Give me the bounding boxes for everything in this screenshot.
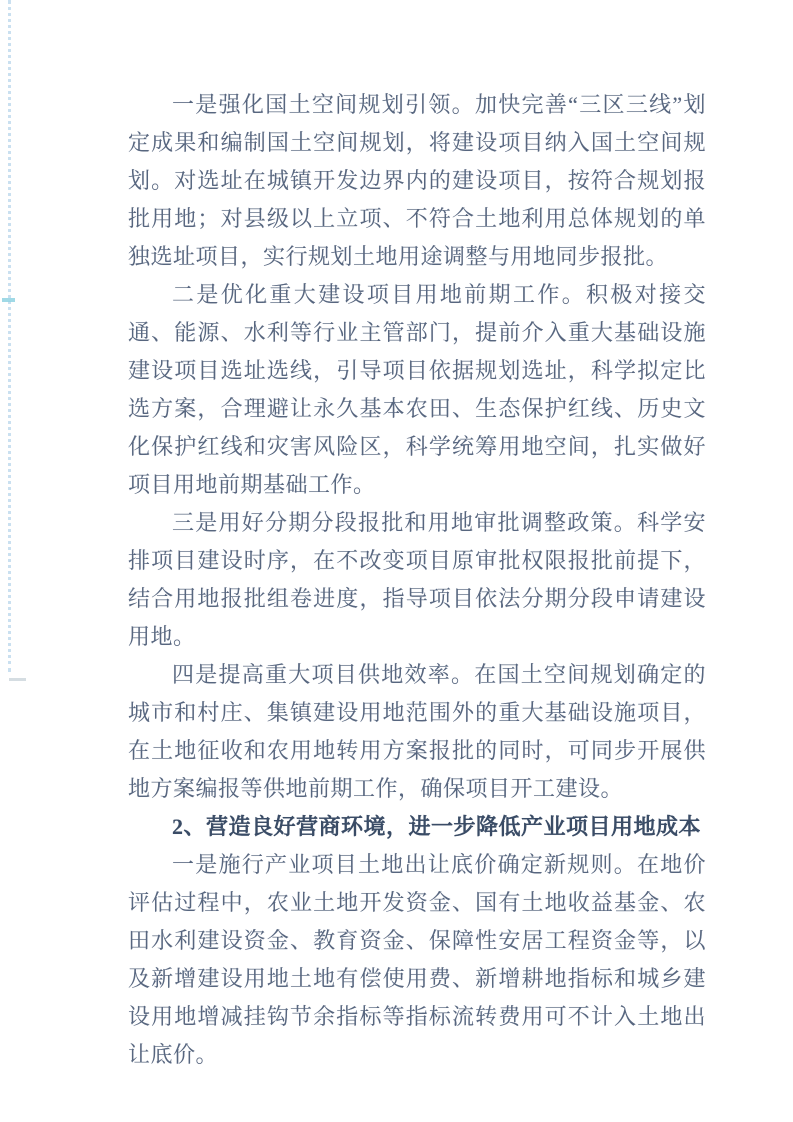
scan-edge-artifact-line bbox=[8, 0, 11, 672]
paragraph: 四是提高重大项目供地效率。在国土空间规划确定的城市和村庄、集镇建设用地范围外的重… bbox=[128, 656, 706, 808]
paragraph: 一是施行产业项目土地出让底价确定新规则。在地价评估过程中，农业土地开发资金、国有… bbox=[128, 846, 706, 1074]
document-body: 一是强化国土空间规划引领。加快完善“三区三线”划定成果和编制国土空间规划，将建设… bbox=[128, 86, 706, 1074]
paragraph: 二是优化重大建设项目用地前期工作。积极对接交通、能源、水利等行业主管部门，提前介… bbox=[128, 276, 706, 504]
section-heading: 2、营造良好营商环境，进一步降低产业项目用地成本 bbox=[128, 808, 706, 846]
paragraph: 一是强化国土空间规划引领。加快完善“三区三线”划定成果和编制国土空间规划，将建设… bbox=[128, 86, 706, 276]
scan-edge-tick-faint-icon bbox=[9, 678, 26, 681]
scanned-document-page: 一是强化国土空间规划引领。加快完善“三区三线”划定成果和编制国土空间规划，将建设… bbox=[0, 0, 793, 1122]
paragraph: 三是用好分期分段报批和用地审批调整政策。科学安排项目建设时序，在不改变项目原审批… bbox=[128, 504, 706, 656]
scan-edge-tick-icon bbox=[2, 298, 15, 302]
